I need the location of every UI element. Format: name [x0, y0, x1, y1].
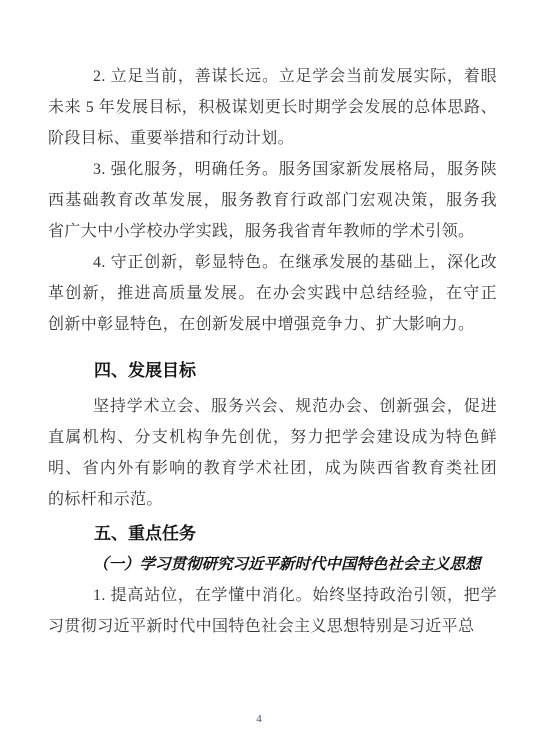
para-task-1-point-1: 1. 提高站位，在学懂中消化。始终坚持政治引领，把学习贯彻习近平新时代中国特色社… — [48, 580, 497, 642]
heading-section-5: 五、重点任务 — [48, 518, 497, 549]
text-line: 省广大中小学校办学实践，服务我省青年教师的学术引领。 — [48, 216, 497, 247]
text-line: 2. 立足当前，善谋长远。立足学会当前发展实际，着眼 — [48, 61, 497, 92]
subheading-task-1: （一）学习贯彻研究习近平新时代中国特色社会主义思想 — [48, 549, 497, 580]
text-line: 习贯彻习近平新时代中国特色社会主义思想特别是习近平总 — [48, 611, 497, 642]
text-line: 3. 强化服务，明确任务。服务国家新发展格局，服务陕 — [48, 154, 497, 185]
text-line: 4. 守正创新，彰显特色。在继承发展的基础上，深化改 — [48, 247, 497, 278]
text-line: 1. 提高站位，在学懂中消化。始终坚持政治引领，把学 — [48, 580, 497, 611]
text-line: 革创新，推进高质量发展。在办会实践中总结经验，在守正 — [48, 278, 497, 309]
para-point-3: 3. 强化服务，明确任务。服务国家新发展格局，服务陕西基础教育改革发展，服务教育… — [48, 154, 497, 247]
para-development-goals: 坚持学术立会、服务兴会、规范办会、创新强会，促进直属机构、分支机构争先创优，努力… — [48, 391, 497, 515]
text-line: 创新中彰显特色，在创新发展中增强竞争力、扩大影响力。 — [48, 309, 497, 340]
document-body: 2. 立足当前，善谋长远。立足学会当前发展实际，着眼未来 5 年发展目标，积极谋… — [48, 61, 497, 642]
text-line: 直属机构、分支机构争先创优，努力把学会建设成为特色鲜 — [48, 422, 497, 453]
text-line: 西基础教育改革发展，服务教育行政部门宏观决策，服务我 — [48, 185, 497, 216]
text-line: 阶段目标、重要举措和行动计划。 — [48, 123, 497, 154]
para-point-2: 2. 立足当前，善谋长远。立足学会当前发展实际，着眼未来 5 年发展目标，积极谋… — [48, 61, 497, 154]
page-number: 4 — [0, 713, 518, 726]
text-line: 坚持学术立会、服务兴会、规范办会、创新强会，促进 — [48, 391, 497, 422]
text-line: 未来 5 年发展目标，积极谋划更长时期学会发展的总体思路、 — [48, 92, 497, 123]
text-line: 的标杆和示范。 — [48, 484, 497, 515]
para-point-4: 4. 守正创新，彰显特色。在继承发展的基础上，深化改革创新，推进高质量发展。在办… — [48, 247, 497, 340]
document-page: 2. 立足当前，善谋长远。立足学会当前发展实际，着眼未来 5 年发展目标，积极谋… — [0, 0, 536, 750]
heading-section-4: 四、发展目标 — [48, 355, 497, 386]
text-line: 明、省内外有影响的教育学术社团，成为陕西省教育类社团 — [48, 453, 497, 484]
